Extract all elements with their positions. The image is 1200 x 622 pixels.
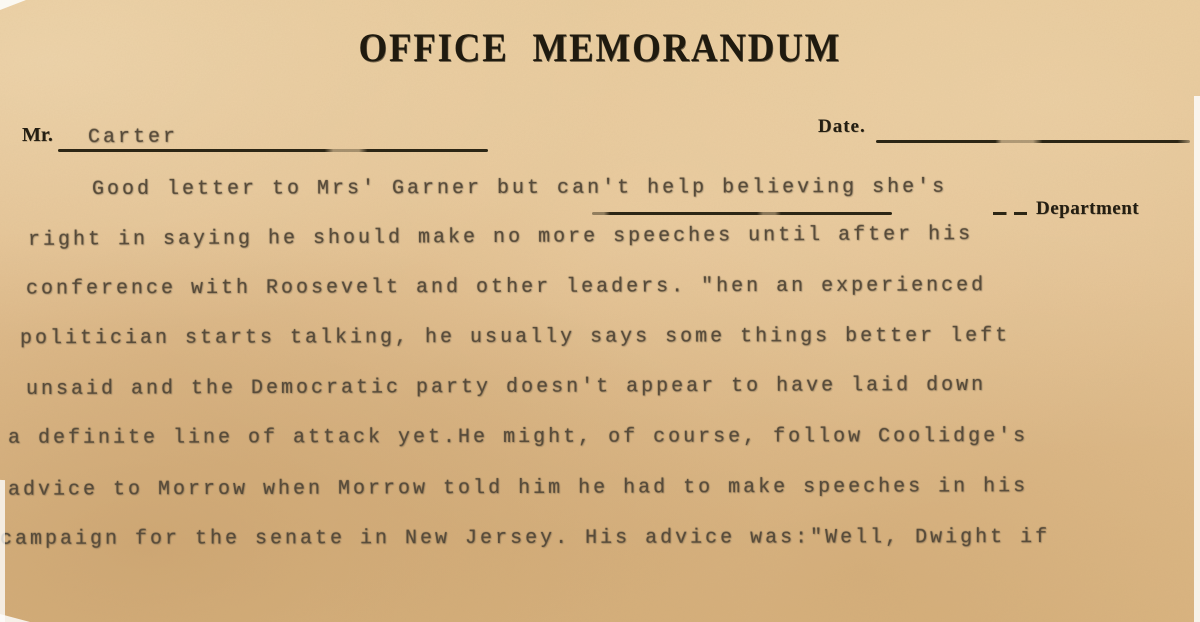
body-line: conference with Roosevelt and other lead… (26, 274, 986, 300)
department-label: Department (1036, 198, 1139, 220)
scan-edge-right (1194, 96, 1200, 622)
to-value: Carter (88, 126, 178, 149)
scan-edge-corner-top-left (0, 0, 26, 10)
date-label: Date. (818, 116, 866, 138)
body-line: unsaid and the Democratic party doesn't … (26, 374, 986, 401)
scan-edge-left (0, 480, 5, 622)
to-label: Mr. (22, 124, 53, 147)
department-fill-line (592, 212, 892, 215)
memo-title: OFFICE MEMORANDUM (48, 24, 1152, 71)
body-line: a definite line of attack yet.He might, … (8, 425, 1028, 450)
body-line: campaign for the senate in New Jersey. H… (0, 526, 1050, 551)
scan-edge-corner-bottom-left (0, 614, 30, 622)
body-line: politician starts talking, he usually sa… (20, 325, 1010, 351)
date-fill-line (876, 140, 1190, 143)
body-line: right in saying he should make no more s… (28, 223, 973, 252)
department-dashes (993, 212, 1029, 215)
memo-paper: OFFICE MEMORANDUM Mr. Carter Date. Depar… (0, 0, 1200, 622)
body-line: advice to Morrow when Morrow told him he… (8, 475, 1028, 502)
body-line: Good letter to Mrs' Garner but can't hel… (92, 176, 947, 201)
to-fill-line (58, 149, 488, 152)
